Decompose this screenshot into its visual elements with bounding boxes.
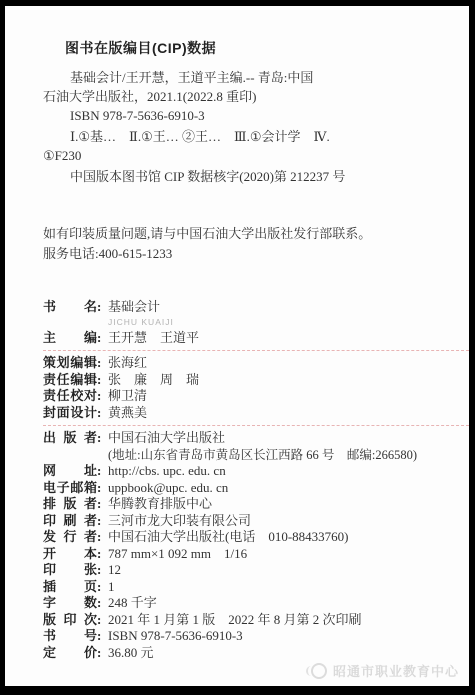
field-value: 中国石油大学出版社(电话 010-88433760): [108, 529, 461, 546]
watermark-stamp: 昭通市职业教育中心: [311, 661, 459, 680]
cip-record-line: 中国版本图书馆 CIP 数据核字(2020)第 212237 号: [43, 167, 461, 186]
field-label: 策划编辑: [43, 355, 97, 372]
field-value: 三河市龙大印装有限公司: [108, 513, 461, 530]
cip-class-line: ①F230: [43, 146, 461, 165]
field-value: 2021 年 1 月第 1 版 2022 年 8 月第 2 次印刷: [108, 612, 461, 629]
field-label: 印刷者: [43, 513, 97, 530]
colophon-row: 电子邮箱:uppbook@upc. edu. cn: [43, 480, 461, 497]
colon: :: [97, 579, 108, 596]
colophon-row: 排版者:华腾教育排版中心: [43, 496, 461, 513]
cip-category-line: Ⅰ.①基… Ⅱ.①王… ②王… Ⅲ.①会计学 Ⅳ.: [43, 127, 461, 146]
colophon-row: 责任校对:柳卫清: [43, 388, 461, 405]
field-value: 张海红: [108, 355, 461, 372]
colophon-row: 策划编辑:张海红: [43, 355, 461, 372]
colon: :: [97, 480, 108, 497]
cip-heading: 图书在版编目(CIP)数据: [65, 40, 461, 56]
field-value: http://cbs. upc. edu. cn: [108, 463, 461, 480]
stamp-circle-logo-icon: [311, 663, 327, 679]
colophon-row: 主编:王开慧 王道平: [43, 330, 461, 347]
field-label: 版印次: [43, 612, 97, 629]
colon: :: [97, 463, 108, 480]
colon: :: [97, 546, 108, 563]
quality-notice-line: 如有印装质量问题,请与中国石油大学出版社发行部联系。: [43, 224, 461, 244]
colophon-block-title: 书名:基础会计JICHU KUAIJI 主编:王开慧 王道平: [43, 299, 461, 346]
field-value: 248 千字: [108, 595, 461, 612]
colophon-row: 发行者:中国石油大学出版社(电话 010-88433760): [43, 529, 461, 546]
field-pinyin: JICHU KUAIJI: [108, 317, 461, 328]
colon: :: [97, 299, 108, 316]
colon: :: [97, 529, 108, 546]
colon: :: [97, 430, 108, 447]
colon: :: [97, 612, 108, 629]
colon: :: [97, 628, 108, 645]
field-label: 字数: [43, 595, 97, 612]
field-value: 华腾教育排版中心: [108, 496, 461, 513]
service-phone-line: 服务电话:400-615-1233: [43, 244, 461, 264]
colon: :: [97, 330, 108, 347]
field-value: 王开慧 王道平: [108, 330, 461, 347]
field-label: 责任校对: [43, 388, 97, 405]
dotted-divider: [43, 350, 469, 351]
colon: :: [97, 595, 108, 612]
colon: :: [97, 388, 108, 405]
colophon-row: 书名:基础会计JICHU KUAIJI: [43, 299, 461, 330]
field-value: 36.80 元: [108, 645, 461, 662]
field-label: 排版者: [43, 496, 97, 513]
colophon-row: 封面设计:黄燕美: [43, 405, 461, 422]
colophon-row: 开本:787 mm×1 092 mm 1/16: [43, 546, 461, 563]
colon: :: [97, 496, 108, 513]
colophon: 书名:基础会计JICHU KUAIJI 主编:王开慧 王道平 策划编辑:张海红 …: [43, 299, 461, 661]
colophon-block-editors: 策划编辑:张海红 责任编辑:张 廉 周 瑞 责任校对:柳卫清 封面设计:黄燕美: [43, 355, 461, 421]
field-value: uppbook@upc. edu. cn: [108, 480, 461, 497]
colophon-row: 责任编辑:张 廉 周 瑞: [43, 372, 461, 389]
field-label: 发行者: [43, 529, 97, 546]
field-value: 柳卫清: [108, 388, 461, 405]
dotted-divider: [43, 425, 469, 426]
colophon-row: 印刷者:三河市龙大印装有限公司: [43, 513, 461, 530]
copyright-page: 图书在版编目(CIP)数据 基础会计/王开慧，王道平主编.-- 青岛:中国 石油…: [5, 6, 469, 686]
colophon-block-publishing: 出版者:中国石油大学出版社(地址:山东省青岛市黄岛区长江西路 66 号 邮编:2…: [43, 430, 461, 661]
field-label: 开本: [43, 546, 97, 563]
cip-section: 图书在版编目(CIP)数据 基础会计/王开慧，王道平主编.-- 青岛:中国 石油…: [43, 40, 461, 186]
field-label: 书名: [43, 299, 97, 316]
colophon-row: 出版者:中国石油大学出版社(地址:山东省青岛市黄岛区长江西路 66 号 邮编:2…: [43, 430, 461, 463]
colon: :: [97, 562, 108, 579]
field-label: 网址: [43, 463, 97, 480]
colophon-row: 插页:1: [43, 579, 461, 596]
field-value: 1: [108, 579, 461, 596]
cip-publisher-line: 石油大学出版社，2021.1(2022.8 重印): [43, 87, 461, 106]
colon: :: [97, 513, 108, 530]
field-value: 张 廉 周 瑞: [108, 372, 461, 389]
field-label: 出版者: [43, 430, 97, 447]
colon: :: [97, 405, 108, 422]
field-label: 定价: [43, 645, 97, 662]
colophon-row: 网址:http://cbs. upc. edu. cn: [43, 463, 461, 480]
cip-isbn-line: ISBN 978-7-5636-6910-3: [43, 106, 461, 125]
field-value: 中国石油大学出版社: [108, 430, 461, 447]
field-note: (地址:山东省青岛市黄岛区长江西路 66 号 邮编:266580): [108, 447, 461, 464]
colophon-row: 印张:12: [43, 562, 461, 579]
field-label: 封面设计: [43, 405, 97, 422]
field-value: 黄燕美: [108, 405, 461, 422]
colophon-row: 书号:ISBN 978-7-5636-6910-3: [43, 628, 461, 645]
field-label: 主编: [43, 330, 97, 347]
field-value: ISBN 978-7-5636-6910-3: [108, 628, 461, 645]
field-value: 基础会计: [108, 299, 461, 316]
field-label: 电子邮箱: [43, 480, 97, 497]
field-label: 印张: [43, 562, 97, 579]
colon: :: [97, 355, 108, 372]
field-value: 12: [108, 562, 461, 579]
colophon-row: 版印次:2021 年 1 月第 1 版 2022 年 8 月第 2 次印刷: [43, 612, 461, 629]
colophon-row: 字数:248 千字: [43, 595, 461, 612]
field-label: 书号: [43, 628, 97, 645]
watermark-text: 昭通市职业教育中心: [333, 661, 459, 680]
colophon-row: 定价:36.80 元: [43, 645, 461, 662]
field-label: 插页: [43, 579, 97, 596]
field-label: 责任编辑: [43, 372, 97, 389]
cip-title-line: 基础会计/王开慧，王道平主编.-- 青岛:中国: [43, 68, 461, 87]
quality-notice: 如有印装质量问题,请与中国石油大学出版社发行部联系。 服务电话:400-615-…: [43, 224, 461, 264]
colon: :: [97, 372, 108, 389]
colon: :: [97, 645, 108, 662]
field-value: 787 mm×1 092 mm 1/16: [108, 546, 461, 563]
